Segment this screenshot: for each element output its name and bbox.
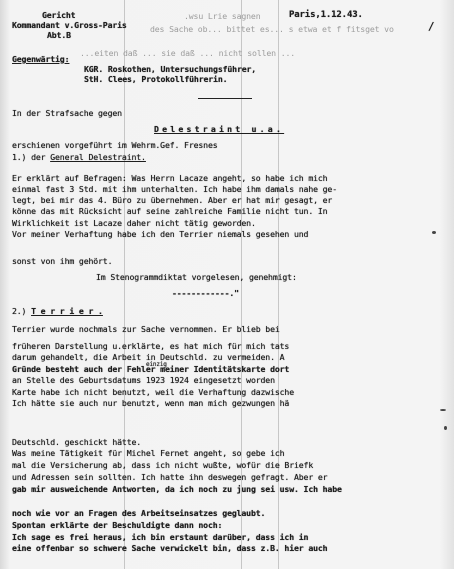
body-line: Ich hätte sie auch nur benutzt, wenn man… [12,398,289,408]
body-line: könne das mit Rücksicht auf seine zahlre… [12,206,327,216]
item-1: 1.) der General Delestraint. [12,152,146,162]
body-line: gab mir ausweichende Antworten, da ich n… [12,484,342,494]
present-recorder: StH. Clees, Protokollführerin. [84,74,227,84]
present-label: Gegenwärtig: [12,54,69,64]
body-line: an Stelle des Geburtsdatums 1923 1924 ei… [12,375,275,385]
court-department: Abt.B [47,30,71,40]
body-line: Er erklärt auf Befragen: Was Herrn Lacaz… [12,173,327,183]
case-intro: In der Strafsache gegen [12,108,122,118]
court-commandant: Kommandant v.Gross-Paris [12,20,127,30]
margin-mark: / [428,22,434,32]
body-line: Wirklichkeit ist Lacaze daher nicht täti… [12,218,256,228]
defendant-name: Delestraint u.a. [154,124,284,134]
item-2: 2.) T e r r i e r . [12,306,103,316]
ink-speck [440,409,446,411]
court-name: Gericht [42,10,75,20]
bleed-through-text: ...eiten daß ... sie daß ... nicht solle… [80,48,295,58]
body-line: Gründe besteht auch der Fehler meiner Id… [12,364,289,374]
body-line: Deutschld. geschickt hätte. [12,437,141,447]
body-line: legt, bei mir das 4. Büro zu übernehmen.… [12,195,332,205]
body-line: Spontan erklärte der Beschuldigte dann n… [12,520,222,530]
body-line: Was meine Tätigkeit für Michel Fernet an… [12,448,284,458]
present-investigator: KGR. Roskothen, Untersuchungsführer, [84,64,256,74]
appearance-line: erschienen vorgeführt im Wehrm.Gef. Fres… [12,140,218,150]
body-line: einmal fast 3 Std. mit ihm unterhalten. … [12,184,337,194]
body-line: früheren Darstellung u.erklärte, es hat … [12,341,289,351]
body-line: und Adressen sein sollten. Ich hatte ihn… [12,472,327,482]
ink-speck [444,426,447,430]
body-line: noch wie vor an Fragen des Arbeitseinsat… [12,508,265,518]
ink-speck [432,231,436,234]
scanned-document-page: Gericht Kommandant v.Gross-Paris Abt.B .… [0,0,454,569]
item-1-name: General Delestraint. [50,152,146,162]
bleed-through-text: des Sache ob... bittet es... s etwa et f… [150,24,394,34]
body-line: mal die Versicherung ab, dass ich nicht … [12,460,313,470]
body-line: Ich sage es frei heraus, ich bin erstaun… [12,532,308,542]
body-line: Terrier wurde nochmals zur Sache vernomm… [12,324,280,334]
body-line: sonst von ihm gehört. [12,256,112,266]
item-2-name: T e r r i e r . [31,306,103,316]
closing-separator: ------------." [172,288,239,298]
place-date: Paris,1.12.43. [289,10,363,20]
body-line: eine offenbar so schwere Sache verwickel… [12,543,327,553]
body-line: Vor meiner Verhaftung habe ich den Terri… [12,229,308,239]
separator-line [198,98,252,99]
closing-statement: Im Stenogrammdiktat vorgelesen, genehmig… [96,272,297,282]
bleed-through-text: .wsu Lrie sagnen [184,11,260,21]
body-line: Karte habe ich nicht benutzt, weil die V… [12,387,294,397]
